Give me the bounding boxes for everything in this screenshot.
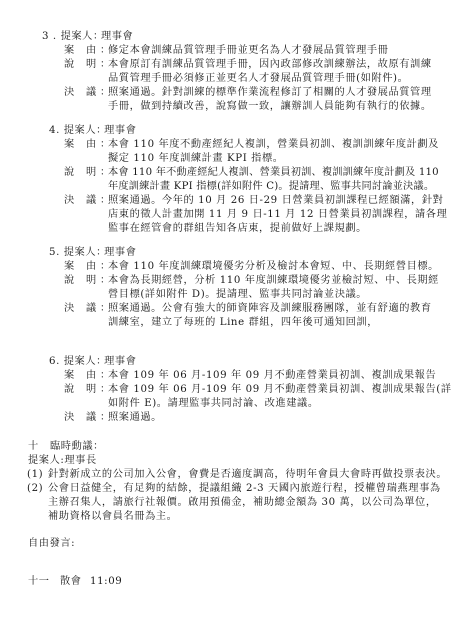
subject-label: 案由 — [64, 44, 100, 58]
subject-text: 本會 110 年度訓練環境優劣分析及檢討本會短、中、長期經營目標。 — [108, 261, 439, 272]
proposer: 理事會 — [104, 247, 136, 258]
explain-text: 本會原訂有訓練品質管理手冊，因內政部修改訓練辦法，故原有訓練 — [108, 59, 432, 70]
proposal-3-explain: 說明：本會原訂有訓練品質管理手冊，因內政部修改訓練辦法，故原有訓練 — [64, 58, 432, 72]
section-number: 十一 — [28, 575, 60, 589]
resolution-text: 照案通過。今年的 10 月 26 日-29 日營業員初訓課程已經額滿，針對 — [108, 195, 443, 206]
explain-label: 說明 — [64, 58, 100, 72]
proposal-5-subject: 案由：本會 110 年度訓練環境優劣分析及檢討本會短、中、長期經營目標。 — [64, 260, 439, 274]
extempore-item-2: (2)公會日益健全，有足夠的結餘，提議組織 2-3 天國內旅遊行程，授權曾瑞燕理… — [27, 482, 441, 496]
proposal-4-resolution-cont-1: 店東的徵人計畫加開 11 月 9 日-11 月 12 日營業員初訓課程，請各理 — [108, 208, 447, 222]
item-marker: (1) — [27, 468, 48, 482]
proposer: 理事會 — [101, 31, 133, 42]
resolution-text: 照案通過。 — [108, 412, 162, 423]
item-text: 針對新成立的公司加入公會，會費是否適度調高，待明年會員大會時再做投票表決。 — [48, 469, 447, 480]
subject-label: 案由 — [64, 369, 100, 383]
proposal-4-explain: 說明：本會 110 年不動產經紀人複訓、營業員初訓、複訓訓練年度計劃及 110 — [64, 166, 439, 180]
proposal-3-subject: 案由：修定本會訓練品質管理手冊並更名為人才發展品質管理手冊 — [64, 44, 388, 58]
subject-text: 修定本會訓練品質管理手冊並更名為人才發展品質管理手冊 — [108, 45, 388, 56]
extempore-heading: 十臨時動議： — [28, 440, 104, 454]
proposer-label: 提案人 — [64, 247, 96, 258]
proposal-3-explain-cont: 品質管理手冊必須修正並更名人才發展品質管理手冊(如附件)。 — [108, 72, 408, 86]
proposal-3-resolution: 決議：照案通過。針對訓練的標準作業流程修訂了相關的人才發展品質管理 — [64, 86, 432, 100]
proposal-6-resolution: 決議：照案通過。 — [64, 411, 162, 425]
subject-text: 本會 109 年 06 月-109 年 09 月不動產營業員初訓、複訓成果報告 — [108, 370, 436, 381]
proposal-4-explain-cont: 年度訓練計畫 KPI 指標(詳如附件 C)。提請理、監事共同討論並決議。 — [108, 180, 434, 194]
proposal-4-subject-cont: 擬定 110 年度訓練計畫 KPI 指標。 — [108, 152, 284, 166]
explain-label: 說明 — [64, 166, 100, 180]
proposal-6-subject: 案由：本會 109 年 06 月-109 年 09 月不動產營業員初訓、複訓成果… — [64, 369, 436, 383]
subject-text: 本會 110 年度不動產經紀人複訓，營業員初訓、複訓訓練年度計劃及 — [108, 139, 439, 150]
extempore-item-1: (1)針對新成立的公司加入公會，會費是否適度調高，待明年會員大會時再做投票表決。 — [27, 468, 447, 482]
proposal-5-resolution: 決議：照案通過。公會有強大的師資陣容及訓練服務團隊，並有舒適的教育 — [64, 302, 432, 316]
proposal-6-explain: 說明：本會 109 年 06 月-109 年 09 月不動產營業員初訓、複訓成果… — [64, 383, 452, 397]
proposal-number: 3 . — [42, 30, 57, 44]
subject-label: 案由 — [64, 138, 100, 152]
proposal-number: 4. — [49, 124, 60, 138]
proposal-6-header: 6. 提案人：理事會 — [49, 355, 137, 369]
document-page: 3 . 提案人：理事會 案由：修定本會訓練品質管理手冊並更名為人才發展品質管理手… — [0, 0, 452, 640]
resolution-label: 決議 — [64, 194, 100, 208]
section-title: 臨時動議： — [50, 441, 104, 452]
proposal-5-explain-cont: 營目標(詳如附件 D)。提請理、監事共同討論並決議。 — [108, 288, 367, 302]
extempore-item-2-cont-2: 補助資格以會員名冊為主。 — [48, 510, 177, 524]
resolution-label: 決議 — [64, 86, 100, 100]
proposal-4-header: 4. 提案人：理事會 — [49, 124, 137, 138]
proposal-4-resolution-cont-2: 監事在經管會的群組告知各店東，提前做好上課規劃。 — [108, 222, 367, 236]
proposal-3-resolution-cont: 手冊，做到持續改善，說寫做一致，讓辦訓人員能夠有執行的依據。 — [108, 100, 432, 114]
explain-text: 本會 110 年不動產經紀人複訓、營業員初訓、複訓訓練年度計劃及 110 — [108, 167, 439, 178]
proposal-5-resolution-cont: 訓練室，建立了每班的 Line 群組，四年後可通知回訓， — [108, 316, 378, 330]
adjourn-label: 散會 — [60, 575, 90, 589]
item-text: 公會日益健全，有足夠的結餘，提議組織 2-3 天國內旅遊行程，授權曾瑞燕理事為 — [48, 483, 441, 494]
resolution-text: 照案通過。針對訓練的標準作業流程修訂了相關的人才發展品質管理 — [108, 87, 432, 98]
adjourn-line: 十一散會11:09 — [28, 575, 122, 589]
explain-label: 說明 — [64, 383, 100, 397]
proposal-4-subject: 案由：本會 110 年度不動產經紀人複訓，營業員初訓、複訓訓練年度計劃及 — [64, 138, 439, 152]
proposal-5-explain: 說明：本會為長期經營，分析 110 年度訓練環境優劣並檢討短、中、長期經 — [64, 274, 439, 288]
adjourn-time: 11:09 — [90, 576, 122, 587]
proposer-label: 提案人 — [64, 125, 96, 136]
free-speech-label: 自由發言: — [28, 537, 75, 551]
explain-label: 說明 — [64, 274, 100, 288]
resolution-text: 照案通過。公會有強大的師資陣容及訓練服務團隊，並有舒適的教育 — [108, 303, 432, 314]
extempore-item-2-cont-1: 主辦召集人，請旅行社報價。啟用預備金，補助總金額為 30 萬，以公司為單位， — [48, 496, 437, 510]
resolution-label: 決議 — [64, 302, 100, 316]
section-number: 十 — [28, 440, 50, 454]
proposal-4-resolution: 決議：照案通過。今年的 10 月 26 日-29 日營業員初訓課程已經額滿，針對 — [64, 194, 443, 208]
resolution-label: 決議 — [64, 411, 100, 425]
proposer-label: 提案人 — [64, 356, 96, 367]
explain-text: 本會 109 年 06 月-109 年 09 月不動產營業員初訓、複訓成果報告(… — [108, 384, 452, 395]
subject-label: 案由 — [64, 260, 100, 274]
proposal-number: 5. — [49, 246, 60, 260]
proposer: 理事會 — [104, 125, 136, 136]
proposal-3-header: 3 . 提案人：理事會 — [42, 30, 133, 44]
proposal-5-header: 5. 提案人：理事會 — [49, 246, 137, 260]
proposal-number: 6. — [49, 355, 60, 369]
proposer-label: 提案人 — [61, 31, 93, 42]
proposal-6-explain-cont: 如附件 E)。請理監事共同討論、改進建議。 — [108, 397, 319, 411]
item-marker: (2) — [27, 482, 48, 496]
extempore-proposer: 提案人:理事長 — [28, 454, 97, 468]
proposer: 理事會 — [104, 356, 136, 367]
explain-text: 本會為長期經營，分析 110 年度訓練環境優劣並檢討短、中、長期經 — [108, 275, 439, 286]
